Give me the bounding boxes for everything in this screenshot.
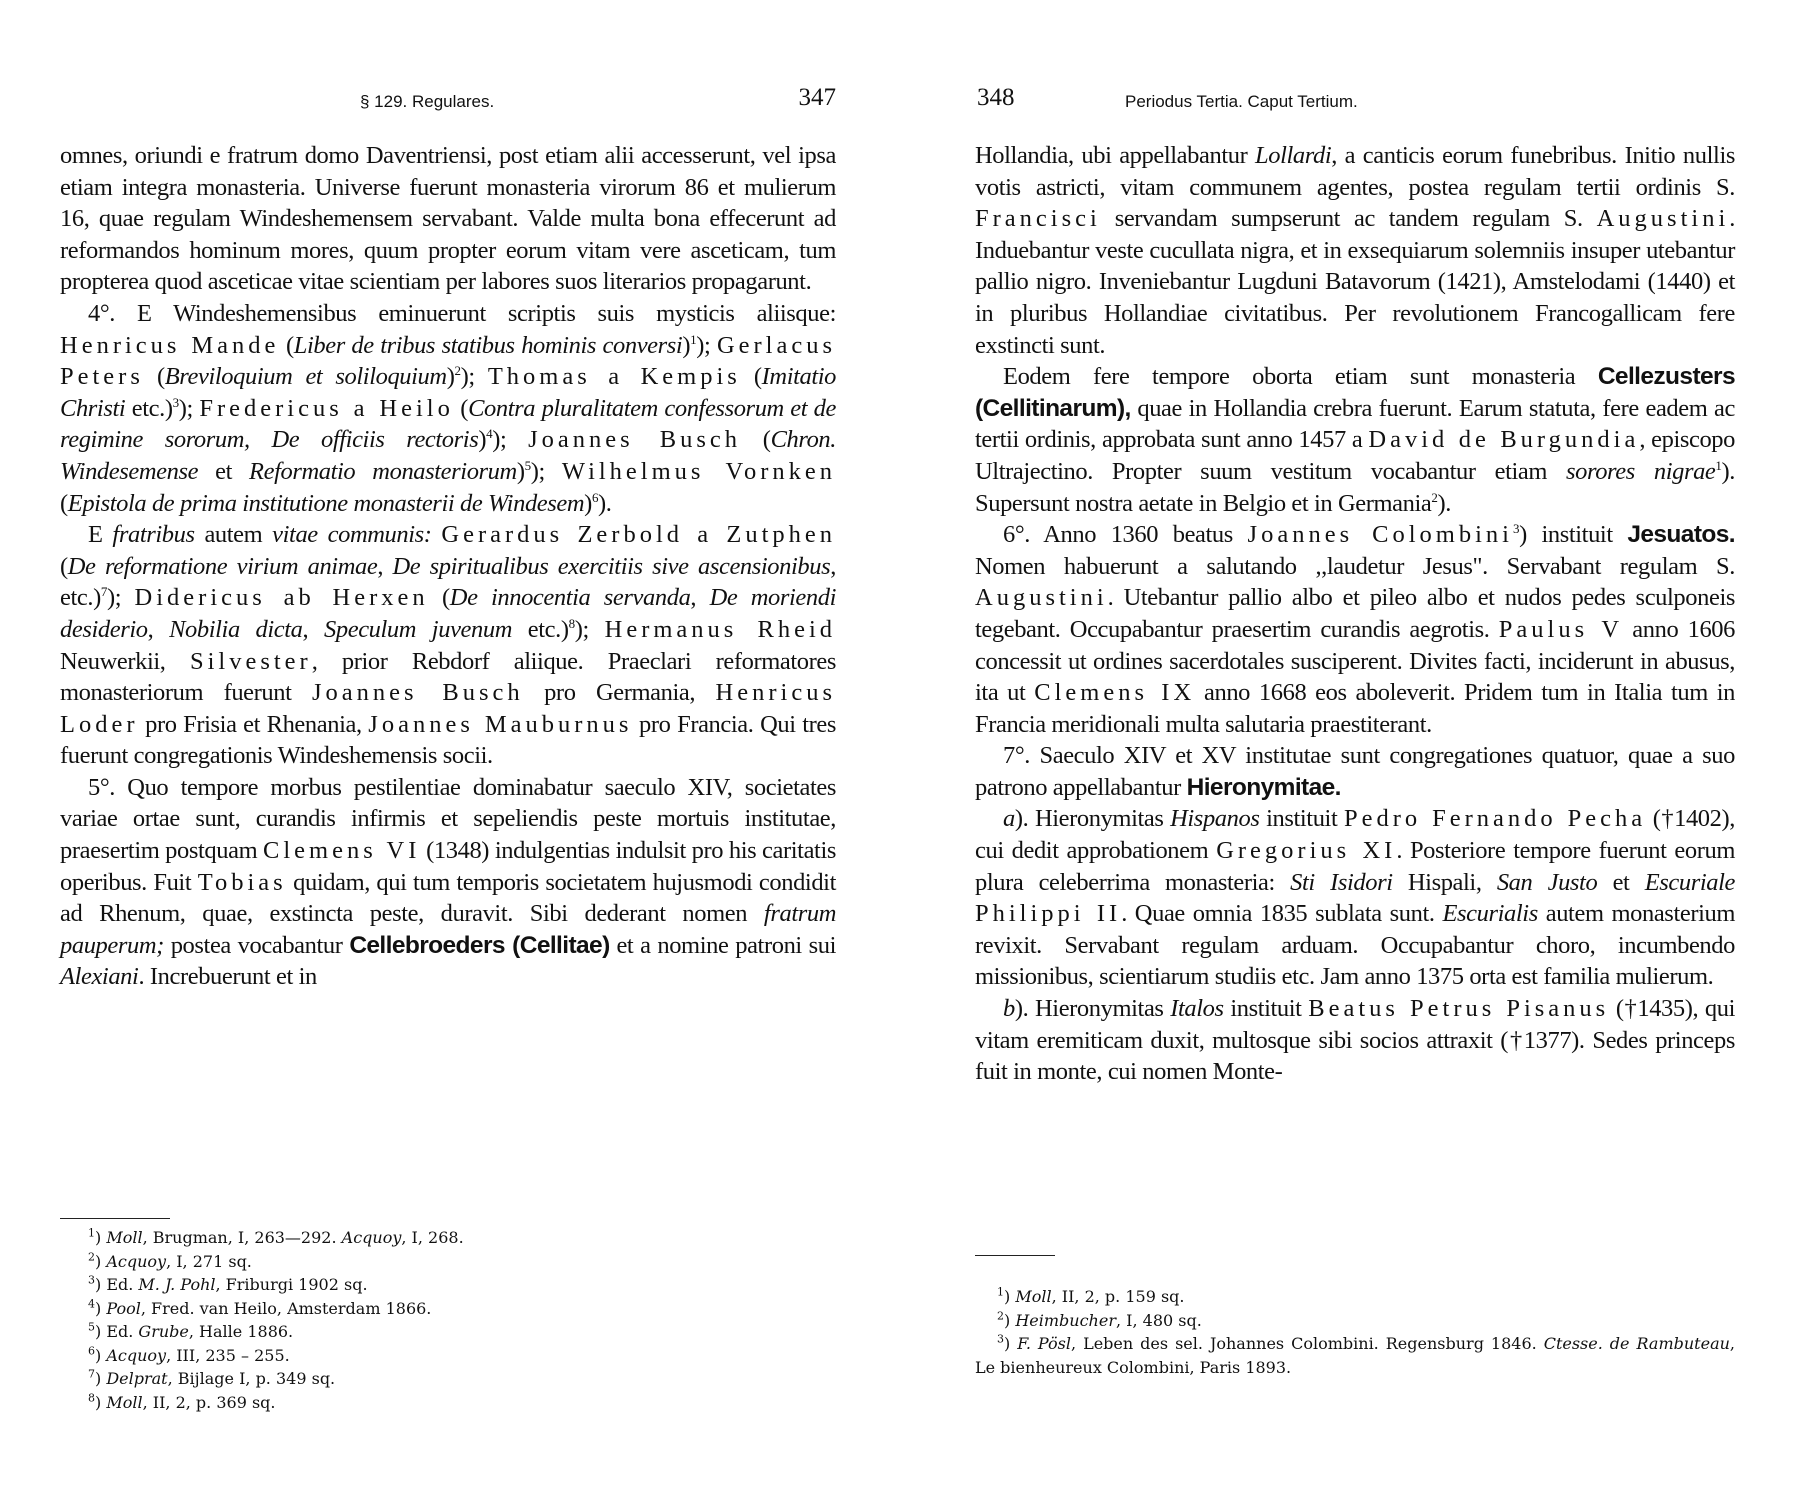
footnote-number: 5 (88, 1321, 95, 1334)
spaced-name: Didericus ab Herxen (135, 584, 429, 611)
text-run: servandam sumpserunt ac tandem regulam S… (1101, 205, 1597, 232)
spaced-name: Fredericus a Heilo (199, 395, 453, 422)
text-run: , II, 2, p. 159 sq. (1052, 1287, 1185, 1306)
text-run: Ed. (106, 1275, 138, 1294)
italic-text: De reformatione virium animae (68, 553, 378, 580)
footnote-number: 1 (997, 1286, 1004, 1299)
footnote: 1) Moll, II, 2, p. 159 sq. (975, 1285, 1735, 1309)
text-run: et (198, 458, 249, 485)
text-run (432, 521, 442, 548)
paragraph: omnes, oriundi e fratrum domo Daventrien… (60, 140, 836, 298)
spaced-name: Philippi II (975, 900, 1121, 927)
bold-term: Jesuatos. (1627, 521, 1735, 548)
text-run: ); (492, 426, 528, 453)
footnote-number: 2 (997, 1309, 1004, 1322)
footnote-number: 6 (88, 1344, 95, 1357)
text-run: ). (1437, 490, 1450, 517)
text-run: , Fred. van Heilo, Amsterdam 1866. (141, 1299, 432, 1318)
text-run: Hollandia, ubi appellabantur (975, 142, 1255, 169)
text-run: . Increbuerunt et in (138, 963, 316, 990)
text-run: Neuwerkii, (60, 648, 190, 675)
italic-text: Acquoy (106, 1252, 166, 1271)
text-run: etc.) (125, 395, 172, 422)
body-text: omnes, oriundi e fratrum domo Daventrien… (60, 140, 836, 993)
spaced-name: Augustini (1597, 205, 1730, 232)
footnote-rule (975, 1255, 1055, 1256)
italic-text: Reformatio monasteriorum (249, 458, 517, 485)
page-number: 348 (977, 84, 1015, 112)
text-run: et a nomine patroni sui (610, 932, 836, 959)
spaced-name: Joannes Busch (312, 679, 524, 706)
italic-text: vitae communis: (272, 521, 431, 548)
paragraph: Hollandia, ubi appellabantur Lollardi, a… (975, 140, 1735, 361)
footnote: 1) Moll, Brugman, I, 263—292. Acquoy, I,… (88, 1226, 836, 1250)
text-run: , (303, 616, 324, 643)
text-run: Eodem fere tempore oborta etiam sunt mon… (1003, 363, 1598, 390)
italic-text: Breviloquium et soliloquium (165, 363, 447, 390)
text-run: postea vocabantur (164, 932, 349, 959)
italic-text: Moll (1015, 1287, 1051, 1306)
spaced-name: Joannes Busch (528, 426, 741, 453)
italic-text: Heimbucher (1015, 1311, 1116, 1330)
text-run: , Halle 1886. (189, 1322, 293, 1341)
italic-text: Speculum juvenum (324, 616, 512, 643)
text-run: ). (598, 490, 611, 517)
spaced-name: Beatus Petrus Pisanus (1308, 995, 1609, 1022)
footnote: 7) Delprat, Bijlage I, p. 349 sq. (88, 1367, 836, 1391)
text-run: ( (144, 363, 165, 390)
paragraph: 6°. Anno 1360 beatus Joannes Colombini3)… (975, 519, 1735, 740)
footnote: 4) Pool, Fred. van Heilo, Amsterdam 1866… (88, 1297, 836, 1321)
text-run: , (377, 553, 392, 580)
page-number: 347 (799, 84, 837, 112)
spaced-name: Gerardus Zerbold a Zutphen (441, 521, 836, 548)
italic-text: Acquoy (342, 1228, 402, 1247)
text-run: ( (741, 426, 771, 453)
italic-text: Sti Isidori (1290, 869, 1392, 896)
paragraph: Eodem fere tempore oborta etiam sunt mon… (975, 361, 1735, 519)
spaced-name: David de Burgundia (1368, 426, 1639, 453)
italic-text: Delprat (106, 1369, 167, 1388)
text-run: 4°. E Windeshemensibus eminuerunt script… (88, 300, 836, 327)
spaced-name: Gregorius XI (1216, 837, 1396, 864)
footnote-rule (60, 1218, 170, 1219)
footnote-number: 3 (997, 1333, 1004, 1346)
italic-text: Acquoy (106, 1346, 166, 1365)
running-head: § 129. Regulares. 347 (60, 84, 836, 114)
footnote: 5) Ed. Grube, Halle 1886. (88, 1320, 836, 1344)
spaced-name: Paulus V (1499, 616, 1623, 643)
paragraph: 5°. Quo tempore morbus pestilentiae domi… (60, 772, 836, 993)
bold-term: Cellebroeders (Cellitae) (349, 932, 609, 959)
footnote-number: 2 (88, 1250, 95, 1263)
footnote-number: 3 (88, 1274, 95, 1287)
paragraph: 4°. E Windeshemensibus eminuerunt script… (60, 298, 836, 519)
footnote-number: 1 (88, 1227, 95, 1240)
text-run: et (1597, 869, 1644, 896)
text-run: , (690, 584, 709, 611)
footnote: 6) Acquoy, III, 235 – 255. (88, 1344, 836, 1368)
italic-text: Italos (1170, 995, 1223, 1022)
text-run: , I, 480 sq. (1116, 1311, 1202, 1330)
spaced-name: Joannes Colombini (1248, 521, 1513, 548)
italic-text: a (1003, 805, 1015, 832)
paragraph: b). Hieronymitas Italos instituit Beatus… (975, 993, 1735, 1088)
text-run: , Leben des sel. Johannes Colombini. Reg… (1071, 1334, 1544, 1353)
text-run: autem (195, 521, 273, 548)
text-run: instituit (1224, 995, 1309, 1022)
italic-text: Ctesse. de Rambuteau (1544, 1334, 1730, 1353)
footnote-number: 8 (88, 1391, 95, 1404)
spaced-name: Henricus Mande (60, 332, 279, 359)
italic-text: fratribus (112, 521, 194, 548)
running-head: 348 Periodus Tertia. Caput Tertium. (975, 84, 1735, 114)
text-run: pro Germania, (524, 679, 716, 706)
text-run: ( (429, 584, 450, 611)
footnote: 2) Acquoy, I, 271 sq. (88, 1250, 836, 1274)
italic-text: Hispanos (1170, 805, 1259, 832)
paragraph: a). Hieronymitas Hispanos instituit Pedr… (975, 803, 1735, 993)
text-run: ); (107, 584, 135, 611)
spaced-name: Hermanus Rheid (605, 616, 836, 643)
text-run: , I, 268. (401, 1228, 463, 1247)
text-run: ); (461, 363, 488, 390)
spaced-name: Clemens VI (263, 837, 420, 864)
spaced-name: Augustini (975, 584, 1108, 611)
text-run: ) (478, 426, 486, 453)
text-run: 6°. Anno 1360 beatus (1003, 521, 1248, 548)
spaced-name: Clemens IX (1034, 679, 1195, 706)
italic-text: Lollardi (1255, 142, 1331, 169)
footnote: 8) Moll, II, 2, p. 369 sq. (88, 1391, 836, 1415)
text-run: ( (60, 490, 68, 517)
text-run: pro Frisia et Rhenania, (139, 711, 369, 738)
footnote-number: 4 (88, 1297, 95, 1310)
text-run: , II, 2, p. 369 sq. (143, 1393, 276, 1412)
italic-text: De spiritualibus exercitiis sive ascensi… (392, 553, 830, 580)
italic-text: Escuriale (1645, 869, 1735, 896)
spaced-name: Thomas a Kempis (488, 363, 741, 390)
spaced-name: Silvester (190, 648, 312, 675)
text-run: , Bijlage I, p. 349 sq. (168, 1369, 336, 1388)
spaced-name: Pedro Fernando Pecha (1344, 805, 1646, 832)
spaced-name: Wilhelmus Vornken (562, 458, 836, 485)
text-run: instituit (1259, 805, 1343, 832)
italic-text: F. Pösl (1017, 1334, 1071, 1353)
italic-text: San Justo (1497, 869, 1598, 896)
text-run: ) (584, 490, 592, 517)
italic-text: Liber de tribus statibus hominis convers… (294, 332, 683, 359)
text-run: ); (696, 332, 717, 359)
spaced-name: Francisci (975, 205, 1101, 232)
italic-text: Pool (106, 1299, 141, 1318)
footnote: 3) F. Pösl, Leben des sel. Johannes Colo… (975, 1332, 1735, 1379)
bold-term: Hieronymitae. (1187, 774, 1341, 801)
italic-text: sorores nigrae (1566, 458, 1715, 485)
text-run: ) (682, 332, 690, 359)
italic-text: Escurialis (1442, 900, 1537, 927)
body-text: Hollandia, ubi appellabantur Lollardi, a… (975, 140, 1735, 1088)
text-run: , Brugman, I, 263—292. (143, 1228, 342, 1247)
text-run: ). Hieronymitas (1015, 805, 1170, 832)
footnote: 3) Ed. M. J. Pohl, Friburgi 1902 sq. (88, 1273, 836, 1297)
italic-text: Epistola de prima institutione monasteri… (68, 490, 584, 517)
text-run: , Friburgi 1902 sq. (216, 1275, 368, 1294)
text-run: ). Hieronymitas (1015, 995, 1170, 1022)
running-head-title: Periodus Tertia. Caput Tertium. (1125, 92, 1358, 112)
italic-text: b (1003, 995, 1015, 1022)
footnote-number: 7 (88, 1368, 95, 1381)
footnotes: 1) Moll, II, 2, p. 159 sq.2) Heimbucher,… (975, 1285, 1735, 1379)
text-run: Nomen habuerunt a salutando ,,laudetur J… (975, 553, 1735, 580)
running-head-title: § 129. Regulares. (360, 92, 494, 112)
italic-text: Nobilia dicta (169, 616, 302, 643)
spaced-name: Tobias (198, 869, 287, 896)
text-run: etc.) (512, 616, 569, 643)
paragraph: 7°. Saeculo XIV et XV institutae sunt co… (975, 740, 1735, 803)
italic-text: M. J. Pohl (138, 1275, 215, 1294)
text-run: ) instituit (1519, 521, 1627, 548)
text-run: , (148, 616, 169, 643)
paragraph: E fratribus autem vitae communis: Gerard… (60, 519, 836, 772)
text-run: ( (60, 553, 68, 580)
italic-text: Moll (106, 1393, 142, 1412)
footnote: 2) Heimbucher, I, 480 sq. (975, 1309, 1735, 1333)
text-run: omnes, oriundi e fratrum domo Daventrien… (60, 142, 836, 295)
text-run: 7°. Saeculo XIV et XV institutae sunt co… (975, 742, 1735, 801)
italic-text: Grube (138, 1322, 188, 1341)
italic-text: Moll (106, 1228, 142, 1247)
text-run: Ed. (106, 1322, 138, 1341)
text-run: , I, 271 sq. (166, 1252, 252, 1271)
text-run: ) (517, 458, 525, 485)
text-run: ( (279, 332, 293, 359)
italic-text: De innocentia servanda (450, 584, 691, 611)
text-run: Hispali, (1393, 869, 1497, 896)
text-run: ( (454, 395, 468, 422)
text-run: . Quae omnia 1835 sublata sunt. (1121, 900, 1442, 927)
footnotes: 1) Moll, Brugman, I, 263—292. Acquoy, I,… (60, 1226, 836, 1414)
text-run: ( (741, 363, 762, 390)
text-run: ); (531, 458, 562, 485)
text-run: E (88, 521, 112, 548)
text-run: , III, 235 – 255. (166, 1346, 290, 1365)
text-run: ); (179, 395, 200, 422)
text-run: ); (575, 616, 605, 643)
italic-text: Alexiani (60, 963, 138, 990)
spaced-name: Joannes Mauburnus (368, 711, 632, 738)
